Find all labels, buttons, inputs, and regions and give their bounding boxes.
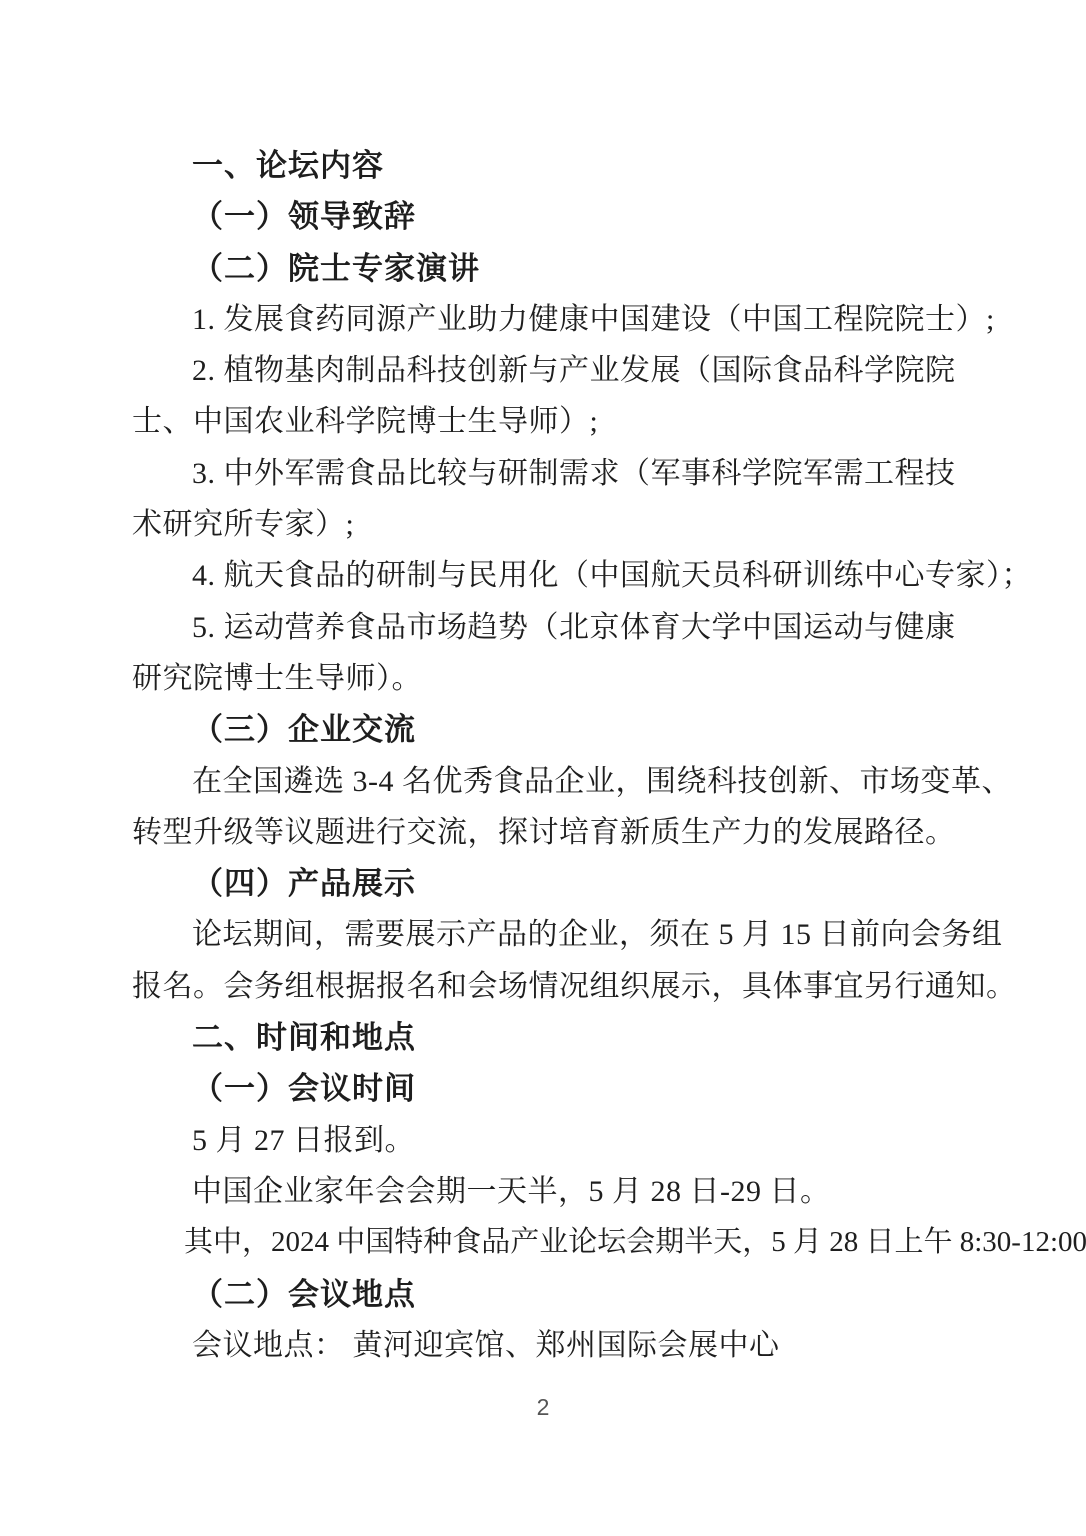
section-heading: （一）会议时间 xyxy=(132,1063,1056,1114)
document-line: 5. 运动营养食品市场趋势（北京体育大学中国运动与健康 xyxy=(132,602,1056,653)
document-line: 其中，2024 中国特种食品产业论坛会期半天，5 月 28 日上午 8:30-1… xyxy=(132,1217,1056,1268)
page-number: 2 xyxy=(0,1394,1086,1421)
document-line: 中国企业家年会会期一天半，5 月 28 日-29 日。 xyxy=(132,1166,1056,1217)
document-line: 研究院博士生导师）。 xyxy=(132,653,1056,704)
document-page: 一、论坛内容（一）领导致辞（二）院士专家演讲1. 发展食药同源产业助力健康中国建… xyxy=(0,0,1086,1536)
document-line: 士、中国农业科学院博士生导师）; xyxy=(132,396,1056,447)
section-heading: 二、时间和地点 xyxy=(132,1012,1056,1063)
section-heading: （二）会议地点 xyxy=(132,1269,1056,1320)
document-line: 在全国遴选 3-4 名优秀食品企业，围绕科技创新、市场变革、 xyxy=(132,756,1056,807)
document-line: 3. 中外军需食品比较与研制需求（军事科学院军需工程技 xyxy=(132,448,1056,499)
document-line: 会议地点： 黄河迎宾馆、郑州国际会展中心 xyxy=(132,1320,1056,1371)
document-line: 转型升级等议题进行交流，探讨培育新质生产力的发展路径。 xyxy=(132,807,1056,858)
section-heading: 一、论坛内容 xyxy=(132,140,1056,191)
section-heading: （四）产品展示 xyxy=(132,858,1056,909)
document-line: 5 月 27 日报到。 xyxy=(132,1115,1056,1166)
document-content: 一、论坛内容（一）领导致辞（二）院士专家演讲1. 发展食药同源产业助力健康中国建… xyxy=(132,140,1056,1371)
document-line: 论坛期间，需要展示产品的企业，须在 5 月 15 日前向会务组 xyxy=(132,909,1056,960)
document-line: 1. 发展食药同源产业助力健康中国建设（中国工程院院士）; xyxy=(132,294,1056,345)
document-line: 2. 植物基肉制品科技创新与产业发展（国际食品科学院院 xyxy=(132,345,1056,396)
document-line: 报名。会务组根据报名和会场情况组织展示，具体事宜另行通知。 xyxy=(132,961,1056,1012)
section-heading: （二）院士专家演讲 xyxy=(132,243,1056,294)
section-heading: （三）企业交流 xyxy=(132,704,1056,755)
section-heading: （一）领导致辞 xyxy=(132,191,1056,242)
document-line: 4. 航天食品的研制与民用化（中国航天员科研训练中心专家）； xyxy=(132,550,1056,601)
document-line: 术研究所专家）; xyxy=(132,499,1056,550)
